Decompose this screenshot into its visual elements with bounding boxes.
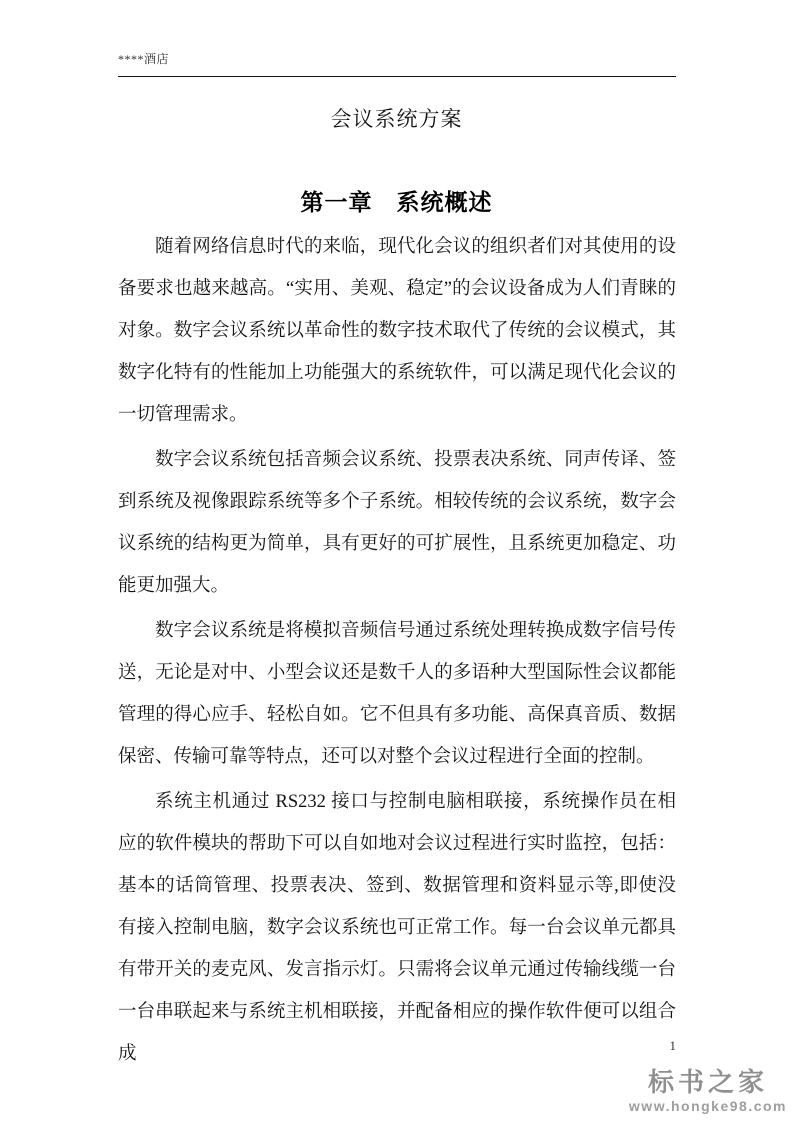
page-number: 1 [118, 1038, 676, 1054]
watermark-url: www.hongke98.com [629, 1098, 787, 1114]
paragraph: 数字会议系统是将模拟音频信号通过系统处理转换成数字信号传送，无论是对中、小型会议… [118, 610, 676, 778]
body-text: 随着网络信息时代的来临，现代化会议的组织者们对其使用的设备要求也越来越高。“实用… [118, 226, 676, 1078]
watermark-logo: 标书之家 [629, 1068, 787, 1096]
chapter-heading: 第一章 系统概述 [0, 184, 793, 217]
document-title: 会议系统方案 [0, 103, 793, 133]
paragraph: 系统主机通过 RS232 接口与控制电脑相联接，系统操作员在相应的软件模块的帮助… [118, 781, 676, 1075]
page-header-text: ****酒店 [118, 52, 169, 66]
page-header: ****酒店 [118, 50, 676, 77]
document-page: ****酒店 会议系统方案 第一章 系统概述 随着网络信息时代的来临，现代化会议… [0, 0, 793, 1122]
paragraph: 数字会议系统包括音频会议系统、投票表决系统、同声传译、签到系统及视像跟踪系统等多… [118, 439, 676, 607]
paragraph: 随着网络信息时代的来临，现代化会议的组织者们对其使用的设备要求也越来越高。“实用… [118, 226, 676, 436]
watermark: 标书之家 www.hongke98.com [629, 1068, 787, 1114]
